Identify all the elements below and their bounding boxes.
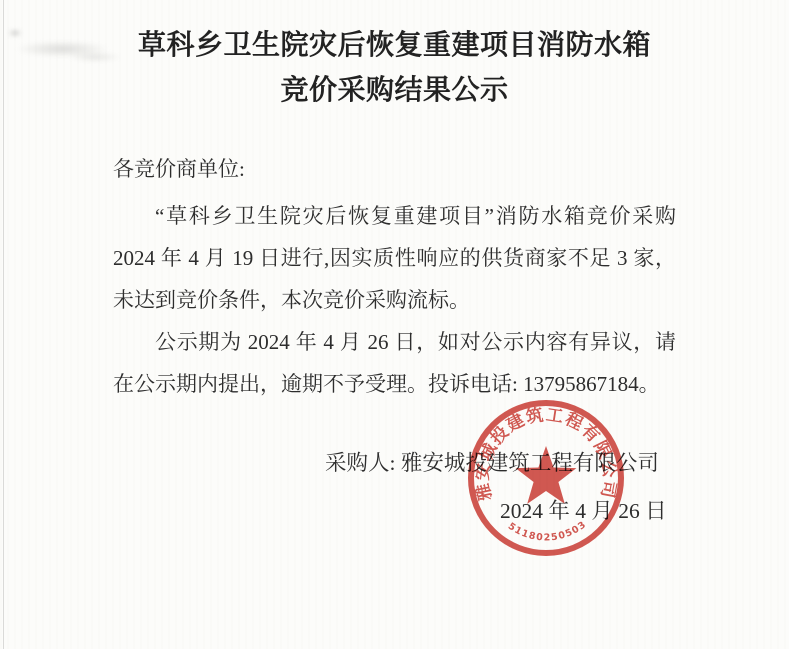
body-line: 公示期为 2024 年 4 月 26 日，如对公示内容有异议，请 [113,321,676,363]
document-body: 各竞价商单位: “草科乡卫生院灾后恢复重建项目”消防水箱竞价采购 2024 年 … [113,148,676,405]
document-title: 草科乡卫生院灾后恢复重建项目消防水箱 竞价采购结果公示 [0,22,789,112]
official-seal: 雅安城投建筑工程有限公司 5118025050330 [461,393,631,563]
salutation: 各竞价商单位: [113,148,676,190]
body-line: 2024 年 4 月 19 日进行,因实质性响应的供货商家不足 3 家， [113,237,676,279]
seal-star-icon [516,446,577,504]
body-line: 未达到竞价条件，本次竞价采购流标。 [113,279,676,321]
document-title-line2: 竞价采购结果公示 [0,67,789,112]
paragraph-1: “草科乡卫生院灾后恢复重建项目”消防水箱竞价采购 2024 年 4 月 19 日… [113,195,676,321]
body-line: “草科乡卫生院灾后恢复重建项目”消防水箱竞价采购 [113,195,676,237]
document-title-line1: 草科乡卫生院灾后恢复重建项目消防水箱 [0,22,789,67]
